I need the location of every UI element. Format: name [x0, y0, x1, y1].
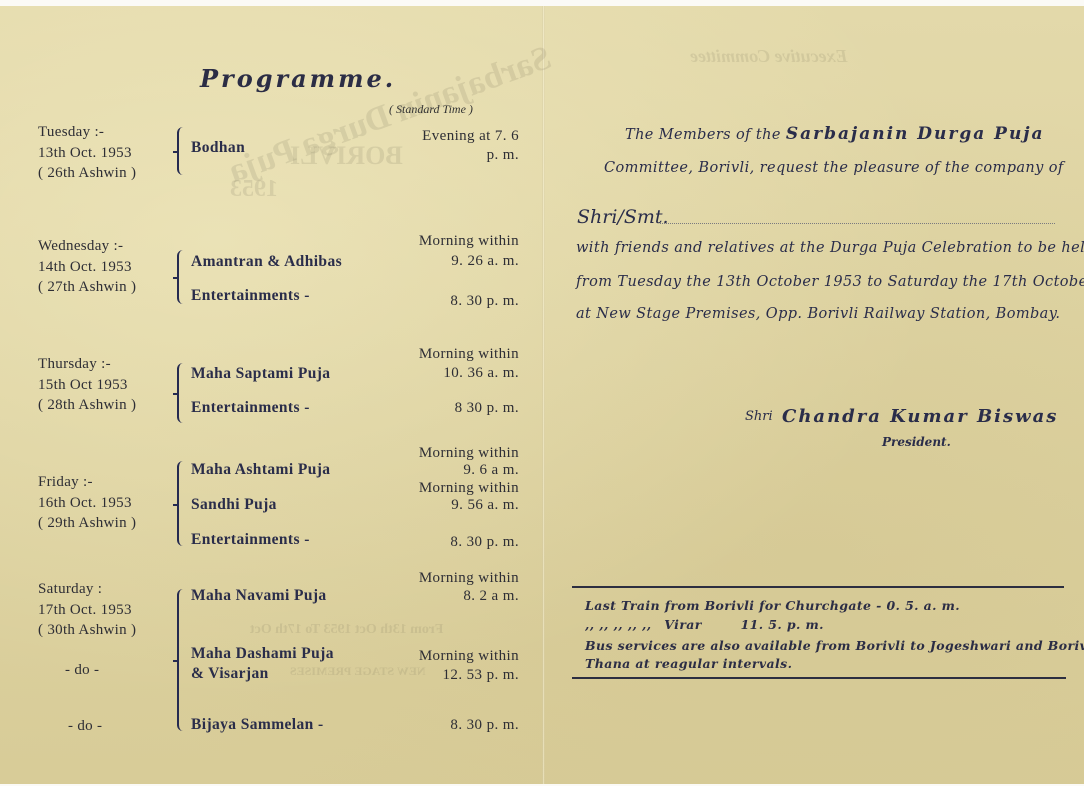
- event-time: 10. 36 a. m.: [443, 364, 519, 383]
- day-name: Wednesday :-: [38, 236, 136, 257]
- notice-train-churchgate: Last Train from Borivli for Churchgate -…: [585, 598, 960, 613]
- invitation-prefix: The Members of the: [625, 127, 781, 143]
- event-time-label: Morning within: [419, 647, 519, 666]
- invitation-line-4: from Tuesday the 13th October 1953 to Sa…: [576, 274, 1084, 290]
- notice-bus-line-1: Bus services are also available from Bor…: [585, 638, 1084, 653]
- guest-name-blank-line: [660, 223, 1055, 224]
- day-name: Tuesday :-: [38, 122, 136, 143]
- day-friday: Friday :- 16th Oct. 1953 ( 29th Ashwin ): [38, 472, 136, 534]
- train-time: 11. 5. p. m.: [741, 617, 824, 632]
- event-time-label: Morning within: [419, 444, 519, 463]
- brace: [177, 461, 189, 546]
- invitation-line-2: Committee, Borivli, request the pleasure…: [604, 160, 1064, 176]
- brace: [177, 589, 189, 731]
- event-time-label: Evening at 7. 6: [422, 127, 519, 146]
- standard-time-note: ( Standard Time ): [389, 102, 473, 117]
- programme-title: Programme.: [200, 64, 396, 93]
- show-through-text: NEW STAGE PREMISES: [290, 664, 426, 679]
- day-thursday: Thursday :- 15th Oct 1953 ( 28th Ashwin …: [38, 354, 136, 416]
- programme-card: Sarbajanin Durga Puja BORIVLI 1953 From …: [0, 6, 1084, 784]
- signatory-name: Chandra Kumar Biswas: [782, 406, 1058, 427]
- day-date: 15th Oct 1953: [38, 375, 136, 396]
- event-name: Maha Saptami Puja: [191, 364, 330, 384]
- event-time-label: Morning within: [419, 345, 519, 364]
- event-time: p. m.: [487, 146, 519, 165]
- day-saturday: Saturday : 17th Oct. 1953 ( 30th Ashwin …: [38, 579, 136, 641]
- event-name: Entertainments -: [191, 530, 310, 550]
- event-time-label: Morning within: [419, 232, 519, 251]
- show-through-text: 1953: [230, 176, 278, 203]
- center-fold: [542, 6, 545, 784]
- day-bengali-date: ( 30th Ashwin ): [38, 620, 136, 641]
- day-bengali-date: ( 27th Ashwin ): [38, 277, 136, 298]
- day-bengali-date: ( 29th Ashwin ): [38, 513, 136, 534]
- event-name: Entertainments -: [191, 398, 310, 418]
- event-time-label: Morning within: [419, 479, 519, 498]
- divider-bottom: [572, 677, 1066, 679]
- show-through-text: From 13th Oct 1953 To 17th Oct: [250, 622, 443, 638]
- day-date: 14th Oct. 1953: [38, 257, 136, 278]
- ditto-marks: ,, ,, ,, ,, ,,: [585, 617, 652, 632]
- event-time: 8. 30 p. m.: [450, 292, 519, 311]
- day-name: Friday :-: [38, 472, 136, 493]
- event-name-line2: & Visarjan: [191, 664, 269, 684]
- notice-train-virar: ,, ,, ,, ,, ,, Virar 11. 5. p. m.: [585, 617, 824, 632]
- day-bengali-date: ( 26th Ashwin ): [38, 163, 136, 184]
- event-name: Bijaya Sammelan -: [191, 715, 324, 735]
- event-time: 8 30 p. m.: [455, 399, 519, 418]
- event-name: Bodhan: [191, 138, 245, 158]
- event-name: Sandhi Puja: [191, 495, 277, 515]
- signatory-title: President.: [882, 435, 951, 449]
- event-name: Maha Ashtami Puja: [191, 460, 330, 480]
- divider-top: [572, 586, 1064, 588]
- brace: [177, 250, 189, 304]
- day-date: 17th Oct. 1953: [38, 600, 136, 621]
- day-name: Saturday :: [38, 579, 136, 600]
- invitation-line-5: at New Stage Premises, Opp. Borivli Rail…: [576, 306, 1060, 322]
- salutation: Shri/Smt.: [577, 206, 669, 228]
- day-wednesday: Wednesday :- 14th Oct. 1953 ( 27th Ashwi…: [38, 236, 136, 298]
- invitation-line-3: with friends and relatives at the Durga …: [576, 240, 1084, 256]
- brace: [177, 127, 189, 175]
- event-name: Maha Dashami Puja: [191, 644, 334, 664]
- notice-bus-line-2: Thana at reagular intervals.: [585, 656, 792, 671]
- ditto-mark: - do -: [65, 660, 99, 681]
- event-time: 9. 56 a. m.: [451, 496, 519, 515]
- event-time: 12. 53 p. m.: [443, 666, 519, 685]
- event-time: 8. 30 p. m.: [450, 716, 519, 735]
- day-bengali-date: ( 28th Ashwin ): [38, 395, 136, 416]
- event-time: 9. 26 a. m.: [451, 252, 519, 271]
- destination: Virar: [664, 617, 702, 632]
- event-time-label: Morning within: [419, 569, 519, 588]
- event-name: Entertainments -: [191, 286, 310, 306]
- signatory-prefix: Shri: [745, 409, 773, 424]
- show-through-text: Executive Committee: [690, 46, 847, 67]
- event-name: Maha Navami Puja: [191, 586, 327, 606]
- event-name: Amantran & Adhibas: [191, 252, 342, 272]
- event-time: 8. 30 p. m.: [450, 533, 519, 552]
- ditto-mark: - do -: [68, 716, 102, 737]
- organisation-name: Sarbajanin Durga Puja: [786, 124, 1045, 144]
- show-through-text: BORIVLI: [290, 141, 403, 171]
- day-date: 16th Oct. 1953: [38, 493, 136, 514]
- brace: [177, 363, 189, 423]
- day-tuesday: Tuesday :- 13th Oct. 1953 ( 26th Ashwin …: [38, 122, 136, 184]
- day-date: 13th Oct. 1953: [38, 143, 136, 164]
- event-time: 9. 6 a m.: [463, 461, 519, 480]
- day-name: Thursday :-: [38, 354, 136, 375]
- event-time: 8. 2 a m.: [463, 587, 519, 606]
- invitation-line-1: The Members of the Sarbajanin Durga Puja: [625, 124, 1045, 144]
